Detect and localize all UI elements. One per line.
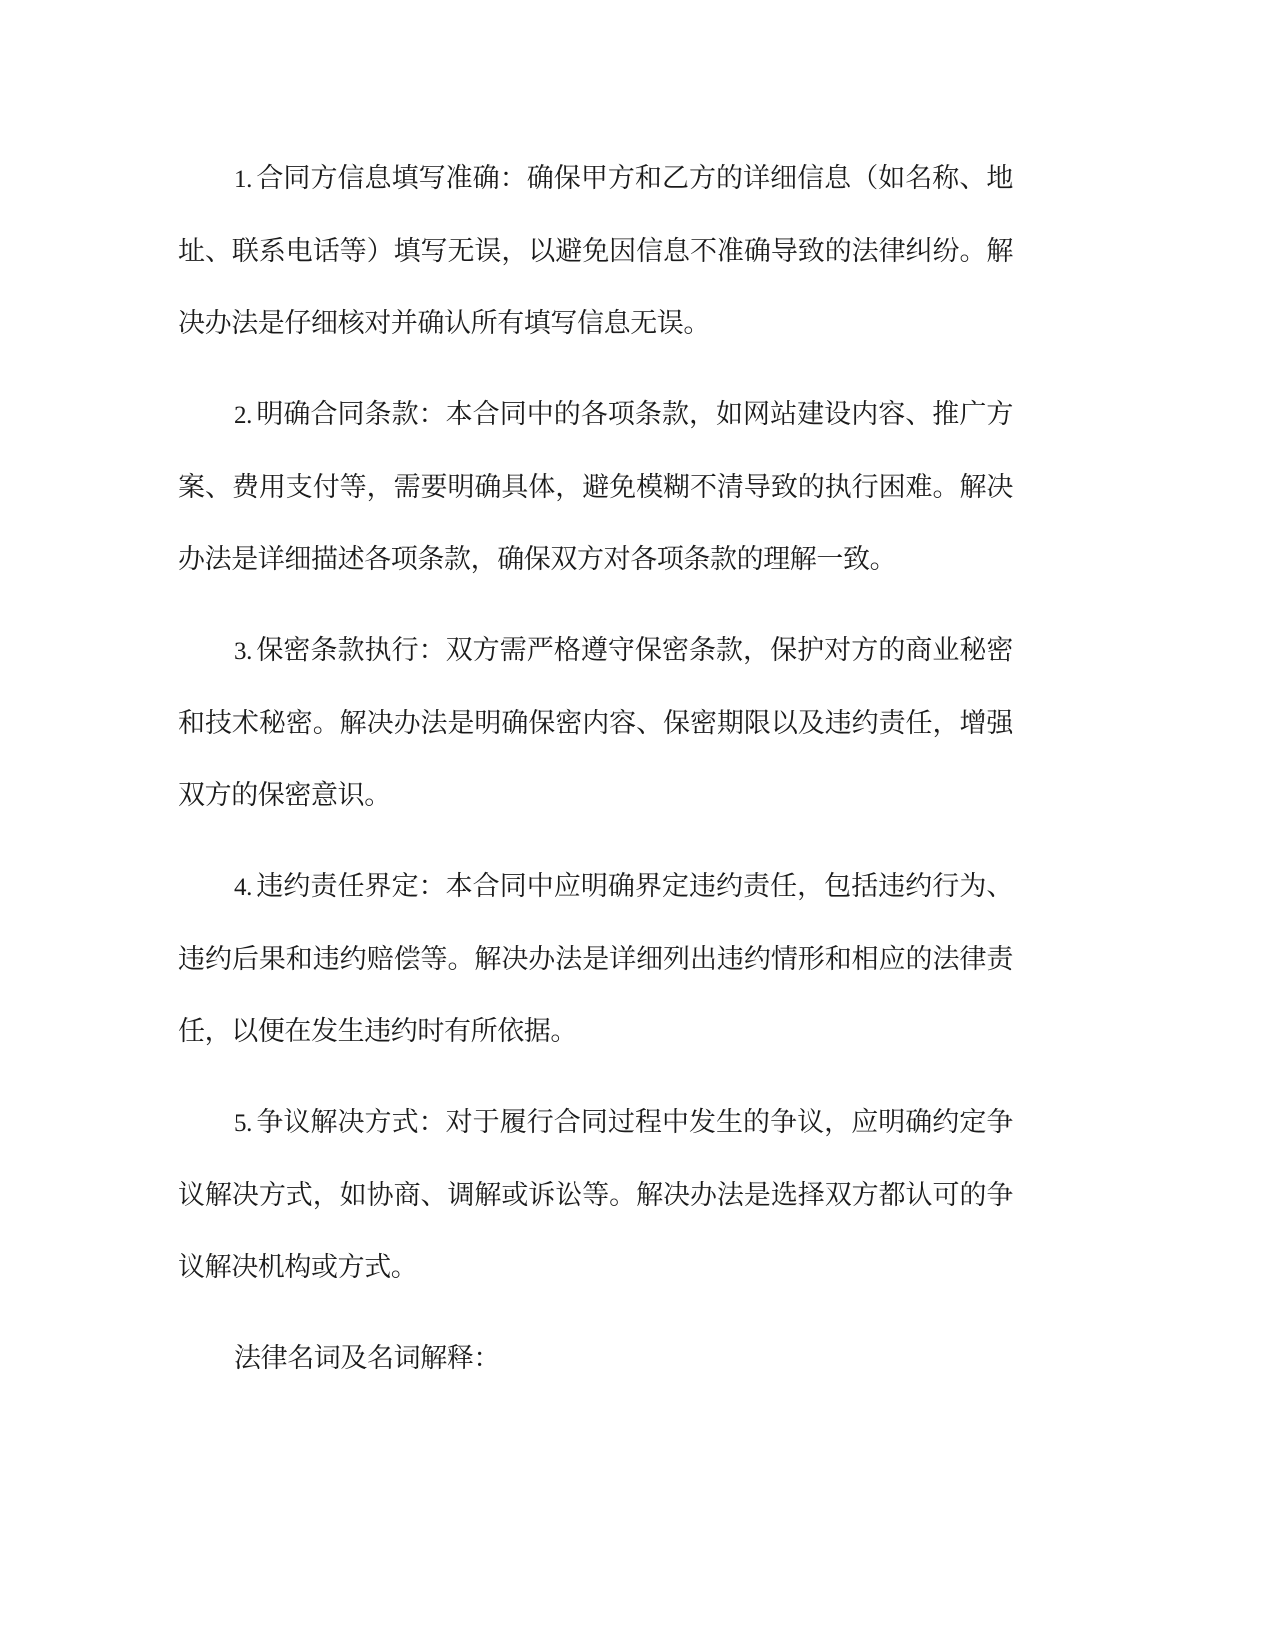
paragraph-3: 3.保密条款执行：双方需严格遵守保密条款，保护对方的商业秘密和技术秘密。解决办法… [178, 615, 1013, 832]
paragraph-number: 1. [234, 166, 252, 193]
document-page: 1.合同方信息填写准确：确保甲方和乙方的详细信息（如名称、地址、联系电话等）填写… [178, 143, 1013, 1395]
paragraph-text: 违约责任界定：本合同中应明确界定违约责任，包括违约行为、违约后果和违约赔偿等。解… [178, 871, 1013, 1047]
paragraph-number: 2. [234, 402, 252, 429]
paragraph-text: 争议解决方式：对于履行合同过程中发生的争议，应明确约定争议解决方式，如协商、调解… [178, 1107, 1013, 1283]
paragraph-number: 4. [234, 874, 252, 901]
paragraph-1: 1.合同方信息填写准确：确保甲方和乙方的详细信息（如名称、地址、联系电话等）填写… [178, 143, 1013, 360]
paragraph-number: 3. [234, 638, 252, 665]
paragraph-2: 2.明确合同条款：本合同中的各项条款，如网站建设内容、推广方案、费用支付等，需要… [178, 379, 1013, 596]
paragraph-4: 4.违约责任界定：本合同中应明确界定违约责任，包括违约行为、违约后果和违约赔偿等… [178, 851, 1013, 1068]
paragraph-5: 5.争议解决方式：对于履行合同过程中发生的争议，应明确约定争议解决方式，如协商、… [178, 1087, 1013, 1304]
section-heading: 法律名词及名词解释： [178, 1323, 1013, 1395]
paragraph-text: 合同方信息填写准确：确保甲方和乙方的详细信息（如名称、地址、联系电话等）填写无误… [178, 163, 1013, 339]
paragraph-text: 明确合同条款：本合同中的各项条款，如网站建设内容、推广方案、费用支付等，需要明确… [178, 399, 1013, 575]
paragraph-text: 保密条款执行：双方需严格遵守保密条款，保护对方的商业秘密和技术秘密。解决办法是明… [178, 635, 1013, 811]
paragraph-number: 5. [234, 1110, 252, 1137]
